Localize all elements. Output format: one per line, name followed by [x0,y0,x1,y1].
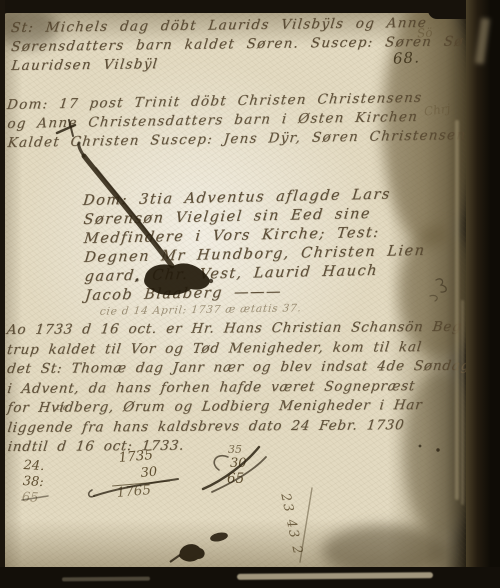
sum-middle-total: 1765 [116,482,152,501]
margin-note-top-right: Sö [416,25,433,40]
sum-value: 65 [21,490,43,507]
inserted-word: de [56,403,68,413]
register-entry-2: Dom: 17 post Trinit döbt Christen Christ… [8,88,468,153]
binding-edge-top [0,0,500,13]
handwriting-line: det St: Thomæ dag Janr nær og blev indsa… [6,357,471,380]
sum-right-total: 65 [227,471,244,487]
sum-value: 38: [22,474,44,491]
page-edge-highlight [461,300,464,505]
sum-right-top: 35 [228,443,242,456]
register-entry-4: Ao 1733 d 16 oct. er Hr. Hans Christian … [8,318,472,458]
manuscript-photo: St: Michels dag döbt Laurids Vilsbÿls og… [0,0,500,588]
sum-middle-addend: 30 [140,465,158,481]
sum-column-left: 24. 38: 65 [21,458,44,507]
sum-right-addend: 30 [230,456,247,471]
handwriting-line: Ao 1733 d 16 oct. er Hr. Hans Christian … [6,318,471,341]
handwriting-line: for Hvidberg, Ørum og Lodbierg Menighede… [6,396,471,419]
binding-edge-left [0,0,5,588]
page-number: 68. [393,48,421,67]
binding-edge-right [466,0,500,588]
page-edge-highlight [455,120,459,500]
page-stack-edge [62,577,150,582]
sum-middle-top: 1735 [118,447,154,466]
sum-value: 24. [23,458,45,475]
register-entry-3: Dom: 3tia Adventus aflagde Lars Sørensøn… [84,185,428,306]
